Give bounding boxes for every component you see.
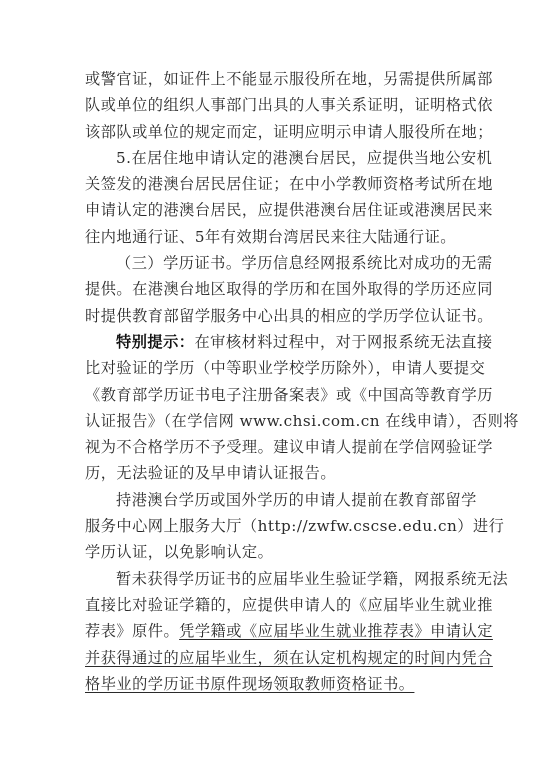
text-line: 往内地通行证、5年有效期台湾居民来往大陆通行证。 [85, 224, 471, 250]
special-note-label: 特别提示： [116, 333, 194, 351]
text-line: 服务中心网上服务大厅（http://zwfw.cscse.edu.cn）进行 [85, 513, 471, 539]
text-line: 关签发的港澳台居民居住证；在中小学教师资格考试所在地 [85, 171, 471, 197]
text-line: 比对验证的学历（中等职业学校学历除外），申请人要提交 [85, 355, 471, 381]
text-line: 荐表》原件。凭学籍或《应届毕业生就业推荐表》申请认定 [85, 618, 471, 644]
text-line: 视为不合格学历不予受理。建议申请人提前在学信网验证学 [85, 434, 471, 460]
text-line: 或警官证，如证件上不能显示服役所在地，另需提供所属部 [85, 66, 471, 92]
underlined-text: 格毕业的学历证书原件现场领取教师资格证书。 [85, 675, 414, 693]
text-line: 并获得通过的应届毕业生，须在认定机构规定的时间内凭合 [85, 645, 471, 671]
text-line: 《教育部学历证书电子注册备案表》或《中国高等教育学历 [85, 382, 471, 408]
text-line: 持港澳台学历或国外学历的申请人提前在教育部留学 [85, 487, 471, 513]
text-line: 申请认定的港澳台居民，应提供港澳台居住证或港澳居民来 [85, 197, 471, 223]
plain-text: 荐表》原件。 [85, 622, 179, 640]
text-line: 学历认证，以免影响认定。 [85, 539, 471, 565]
text-line: 格毕业的学历证书原件现场领取教师资格证书。 [85, 671, 471, 697]
text-line: 时提供教育部留学服务中心出具的相应的学历学位认证书。 [85, 303, 471, 329]
text-line: 直接比对验证学籍的，应提供申请人的《应届毕业生就业推 [85, 592, 471, 618]
text-line: 提供。在港澳台地区取得的学历和在国外取得的学历还应同 [85, 276, 471, 302]
text-line: 5.在居住地申请认定的港澳台居民，应提供当地公安机 [85, 145, 471, 171]
text-line: 认证报告》（在学信网 www.chsi.com.cn 在线申请），否则将 [85, 408, 471, 434]
underlined-text: 并获得通过的应届毕业生，须在认定机构规定的时间内凭合 [85, 649, 493, 667]
text-line: 历，无法验证的及早申请认证报告。 [85, 460, 471, 486]
underlined-text: 凭学籍或《应届毕业生就业推荐表》申请认定 [179, 622, 493, 640]
special-note-line: 特别提示：在审核材料过程中，对于网报系统无法直接 [85, 329, 471, 355]
text-line: 暂未获得学历证书的应届毕业生验证学籍，网报系统无法 [85, 566, 471, 592]
text-line: 该部队或单位的规定而定，证明应明示申请人服役所在地； [85, 119, 471, 145]
text-line: 队或单位的组织人事部门出具的人事关系证明，证明格式依 [85, 92, 471, 118]
section-heading-line: （三）学历证书。学历信息经网报系统比对成功的无需 [85, 250, 471, 276]
special-note-text: 在审核材料过程中，对于网报系统无法直接 [194, 333, 492, 351]
document-page: 或警官证，如证件上不能显示服役所在地，另需提供所属部 队或单位的组织人事部门出具… [85, 66, 471, 697]
